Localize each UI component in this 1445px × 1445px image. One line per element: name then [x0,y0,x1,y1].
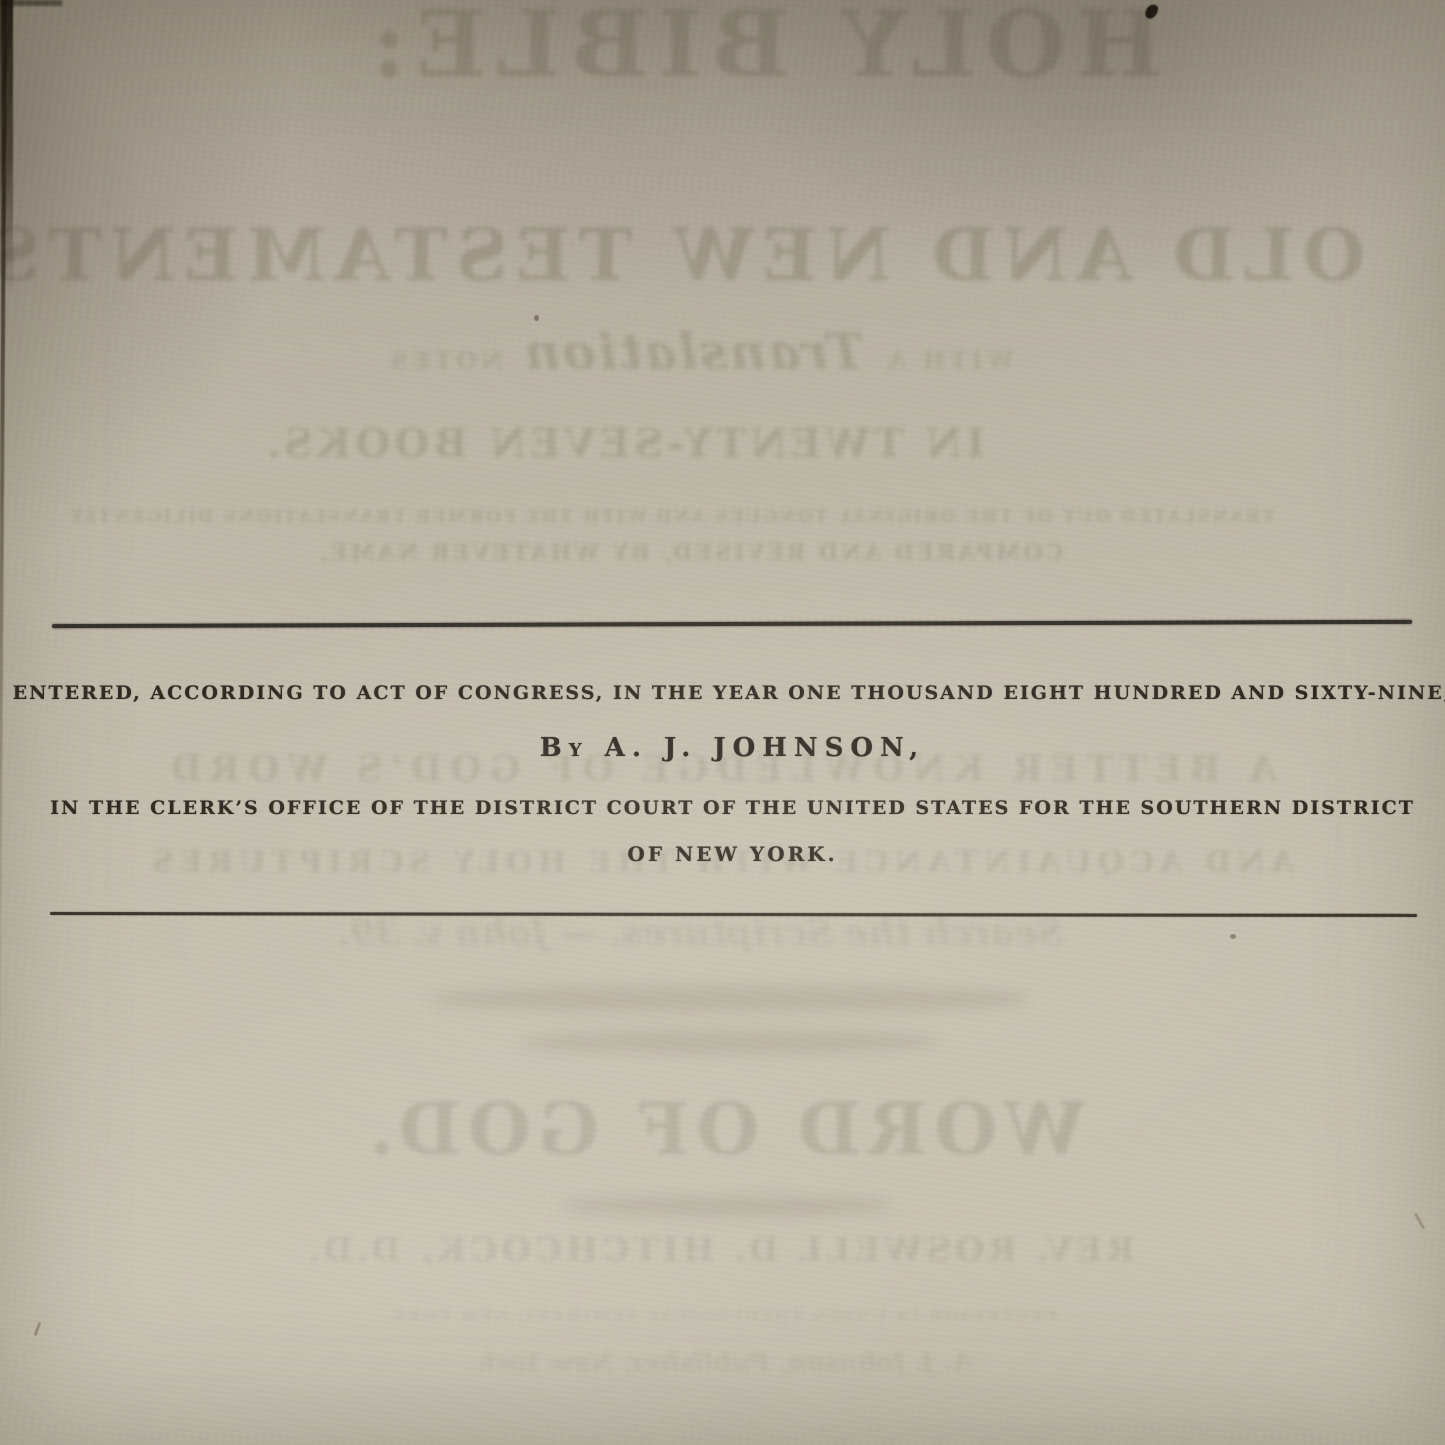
book-page-photo: HOLY BIBLE: OLD AND NEW TESTAMENTS WITH … [0,0,1445,1445]
copyright-entered-line: ENTERED, ACCORDING TO ACT OF CONGRESS, I… [10,682,1445,704]
showthrough-imprint-line: A. J. Johnson, Publisher, New York. [270,1348,1170,1378]
showthrough-testaments: OLD AND NEW TESTAMENTS [85,212,1365,297]
paper-speck [1230,934,1236,939]
showthrough-verse-line: Search the Scriptures. — John v. 39. [250,912,1150,954]
copyright-new-york-line: OF NEW YORK. [10,842,1445,866]
showthrough-editor-line: REV. ROSWELL D. HITCHCOCK, D.D. [270,1230,1170,1270]
paper-speck [534,315,539,321]
showthrough-seminary-line: PROFESSOR IN UNION THEOLOGICAL SEMINARY,… [260,1306,1180,1325]
showthrough-smudge [560,1196,890,1216]
paper-fiber [34,1322,42,1336]
showthrough-script-line: WITH A Translation NOTES [100,322,1300,381]
separator-rule-top [52,620,1412,628]
showthrough-books-line: IN TWENTY-SEVEN BOOKS. [275,420,985,467]
page-gutter-edge-line [0,0,7,1120]
showthrough-smudge [520,1030,940,1054]
page-top-edge-mark [0,0,62,6]
showthrough-small-line-1: TRANSLATED OUT OF THE ORIGINAL TONGUES A… [125,507,1275,527]
showthrough-title: HOLY BIBLE: [340,0,1185,98]
paper-fiber [1414,1212,1426,1229]
copyright-author-line: By A. J. JOHNSON, [10,733,1445,763]
showthrough-script-prefix: WITH A [884,346,1014,375]
showthrough-script-word: Translation [522,322,864,381]
showthrough-script-suffix: NOTES [387,346,503,375]
copyright-clerk-office-line: IN THE CLERK’S OFFICE OF THE DISTRICT CO… [10,797,1445,819]
showthrough-small-line-2: COMPARED AND REVISED, BY WHATEVER NAME, [310,540,1070,566]
showthrough-word-of-god: WORD OF GOD. [385,1086,1085,1171]
showthrough-smudge [430,985,1030,1013]
